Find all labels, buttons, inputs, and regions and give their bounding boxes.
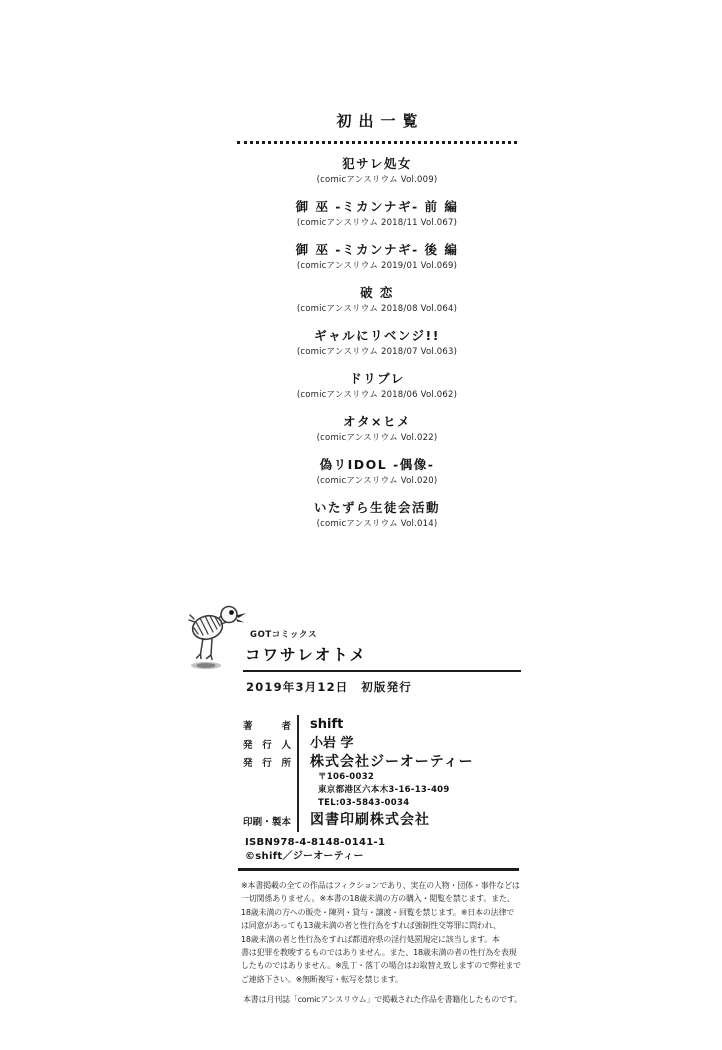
- entry-title: 御 巫 -ミカンナギ- 後 編: [237, 242, 517, 258]
- credit-label: 印刷・製本: [243, 814, 297, 828]
- disclaimer-line: 一切関係ありません。※本書の18歳未満の方の購入・閲覧を禁じます。また、: [241, 892, 523, 905]
- entry-source: (comicアンスリウム Vol.014): [237, 518, 517, 530]
- entry-source: (comicアンスリウム 2018/07 Vol.063): [237, 346, 517, 358]
- publication-entry: 偽リIDOL -偶像- (comicアンスリウム Vol.020): [237, 457, 517, 487]
- book-title: コワサレオトメ: [245, 643, 367, 665]
- entry-title: ドリブレ: [237, 371, 517, 387]
- entry-source: (comicアンスリウム 2018/06 Vol.062): [237, 389, 517, 401]
- publication-entry: 御 巫 -ミカンナギ- 前 編 (comicアンスリウム 2018/11 Vol…: [237, 199, 517, 229]
- edition-line: 2019年3月12日 初版発行: [246, 679, 412, 695]
- credit-row-address: TEL:03-5843-0034: [243, 797, 474, 810]
- publication-entry: 破 恋 (comicアンスリウム 2018/08 Vol.064): [237, 285, 517, 315]
- credit-value: 小岩 学: [297, 734, 354, 753]
- isbn-block: ISBN978-4-8148-0141-1 ©shift／ジーオーティー: [245, 836, 385, 863]
- colophon: GOTコミックス コワサレオトメ 2019年3月12日 初版発行 著者 shif…: [186, 600, 546, 1030]
- credit-label: 著者: [243, 718, 297, 732]
- entry-source: (comicアンスリウム Vol.022): [237, 432, 517, 444]
- publisher-phone: TEL:03-5843-0034: [297, 797, 409, 810]
- publisher-postcode: 〒106-0032: [297, 771, 374, 784]
- credit-value: 株式会社ジーオーティー: [297, 753, 474, 771]
- credit-row-issuer: 発行人 小岩 学: [243, 734, 474, 753]
- publication-entry: ギャルにリベンジ!! (comicアンスリウム 2018/07 Vol.063): [237, 328, 517, 358]
- disclaimer-line: 書は犯罪を教唆するものではありません。また、18歳未満の者の性行為を表現: [241, 946, 523, 959]
- credit-row-publisher: 発行所 株式会社ジーオーティー: [243, 753, 474, 771]
- credit-row-address: 東京都港区六本木3-16-13-409: [243, 784, 474, 797]
- publication-entry: 御 巫 -ミカンナギ- 後 編 (comicアンスリウム 2019/01 Vol…: [237, 242, 517, 272]
- serialization-note: 本書は月刊誌「comicアンスリウム」で掲載された作品を書籍化したものです。: [243, 994, 522, 1005]
- entry-title: 御 巫 -ミカンナギ- 前 編: [237, 199, 517, 215]
- disclaimer-line: 18歳未満の者と性行為をすれば都道府県の淫行処罰規定に該当します。本: [241, 933, 523, 946]
- disclaimer-line: ご連絡下さい。※無断複写・転写を禁じます。: [241, 973, 523, 986]
- disclaimer-line: したものではありません。※乱丁・落丁の場合はお取替え致しますので弊社まで: [241, 959, 523, 972]
- credit-value: 図書印刷株式会社: [297, 810, 430, 832]
- bird-doodle-icon: [186, 602, 248, 672]
- credit-value: shift: [297, 715, 343, 734]
- colophon-page: 初出一覧 犯サレ処女 (comicアンスリウム Vol.009) 御 巫 -ミカ…: [0, 0, 722, 1050]
- thick-rule: [238, 868, 519, 871]
- series-label: GOTコミックス: [250, 628, 317, 640]
- credit-label: 発行所: [243, 755, 297, 769]
- disclaimer: ※本書掲載の全ての作品はフィクションであり、実在の人物・団体・事件などは 一切関…: [241, 879, 523, 986]
- page-title: 初出一覧: [237, 111, 517, 131]
- credit-label: 発行人: [243, 737, 297, 751]
- isbn: ISBN978-4-8148-0141-1: [245, 836, 385, 850]
- entry-title: ギャルにリベンジ!!: [237, 328, 517, 344]
- credits-table: 著者 shift 発行人 小岩 学 発行所 株式会社ジーオーティー 〒106-0…: [243, 715, 474, 831]
- entry-title: オタ×ヒメ: [237, 414, 517, 430]
- disclaimer-line: は同意があっても13歳未満の者と性行為をすれば強制性交等罪に問われ、: [241, 919, 523, 932]
- entry-title: 犯サレ処女: [237, 156, 517, 172]
- disclaimer-line: ※本書掲載の全ての作品はフィクションであり、実在の人物・団体・事件などは: [241, 879, 523, 892]
- first-publication-list: 初出一覧 犯サレ処女 (comicアンスリウム Vol.009) 御 巫 -ミカ…: [237, 101, 517, 543]
- credit-row-address: 〒106-0032: [243, 771, 474, 784]
- publication-entry: オタ×ヒメ (comicアンスリウム Vol.022): [237, 414, 517, 444]
- credit-row-printer: 印刷・製本 図書印刷株式会社: [243, 810, 474, 831]
- title-rule: [243, 670, 521, 672]
- entry-source: (comicアンスリウム 2018/11 Vol.067): [237, 217, 517, 229]
- publication-entry: ドリブレ (comicアンスリウム 2018/06 Vol.062): [237, 371, 517, 401]
- entry-title: 偽リIDOL -偶像-: [237, 457, 517, 473]
- publisher-street: 東京都港区六本木3-16-13-409: [297, 784, 450, 797]
- entry-source: (comicアンスリウム Vol.009): [237, 174, 517, 186]
- copyright: ©shift／ジーオーティー: [245, 850, 385, 864]
- dotted-divider: [237, 141, 517, 144]
- disclaimer-line: 18歳未満の方への販売・陳列・貸与・譲渡・回覧を禁じます。※日本の法律で: [241, 906, 523, 919]
- entry-source: (comicアンスリウム Vol.020): [237, 475, 517, 487]
- entry-source: (comicアンスリウム 2018/08 Vol.064): [237, 303, 517, 315]
- entry-title: 破 恋: [237, 285, 517, 301]
- entry-title: いたずら生徒会活動: [237, 500, 517, 516]
- publication-entry: 犯サレ処女 (comicアンスリウム Vol.009): [237, 156, 517, 186]
- entry-source: (comicアンスリウム 2019/01 Vol.069): [237, 260, 517, 272]
- credit-row-author: 著者 shift: [243, 715, 474, 734]
- publication-entries: 犯サレ処女 (comicアンスリウム Vol.009) 御 巫 -ミカンナギ- …: [237, 156, 517, 530]
- publication-entry: いたずら生徒会活動 (comicアンスリウム Vol.014): [237, 500, 517, 530]
